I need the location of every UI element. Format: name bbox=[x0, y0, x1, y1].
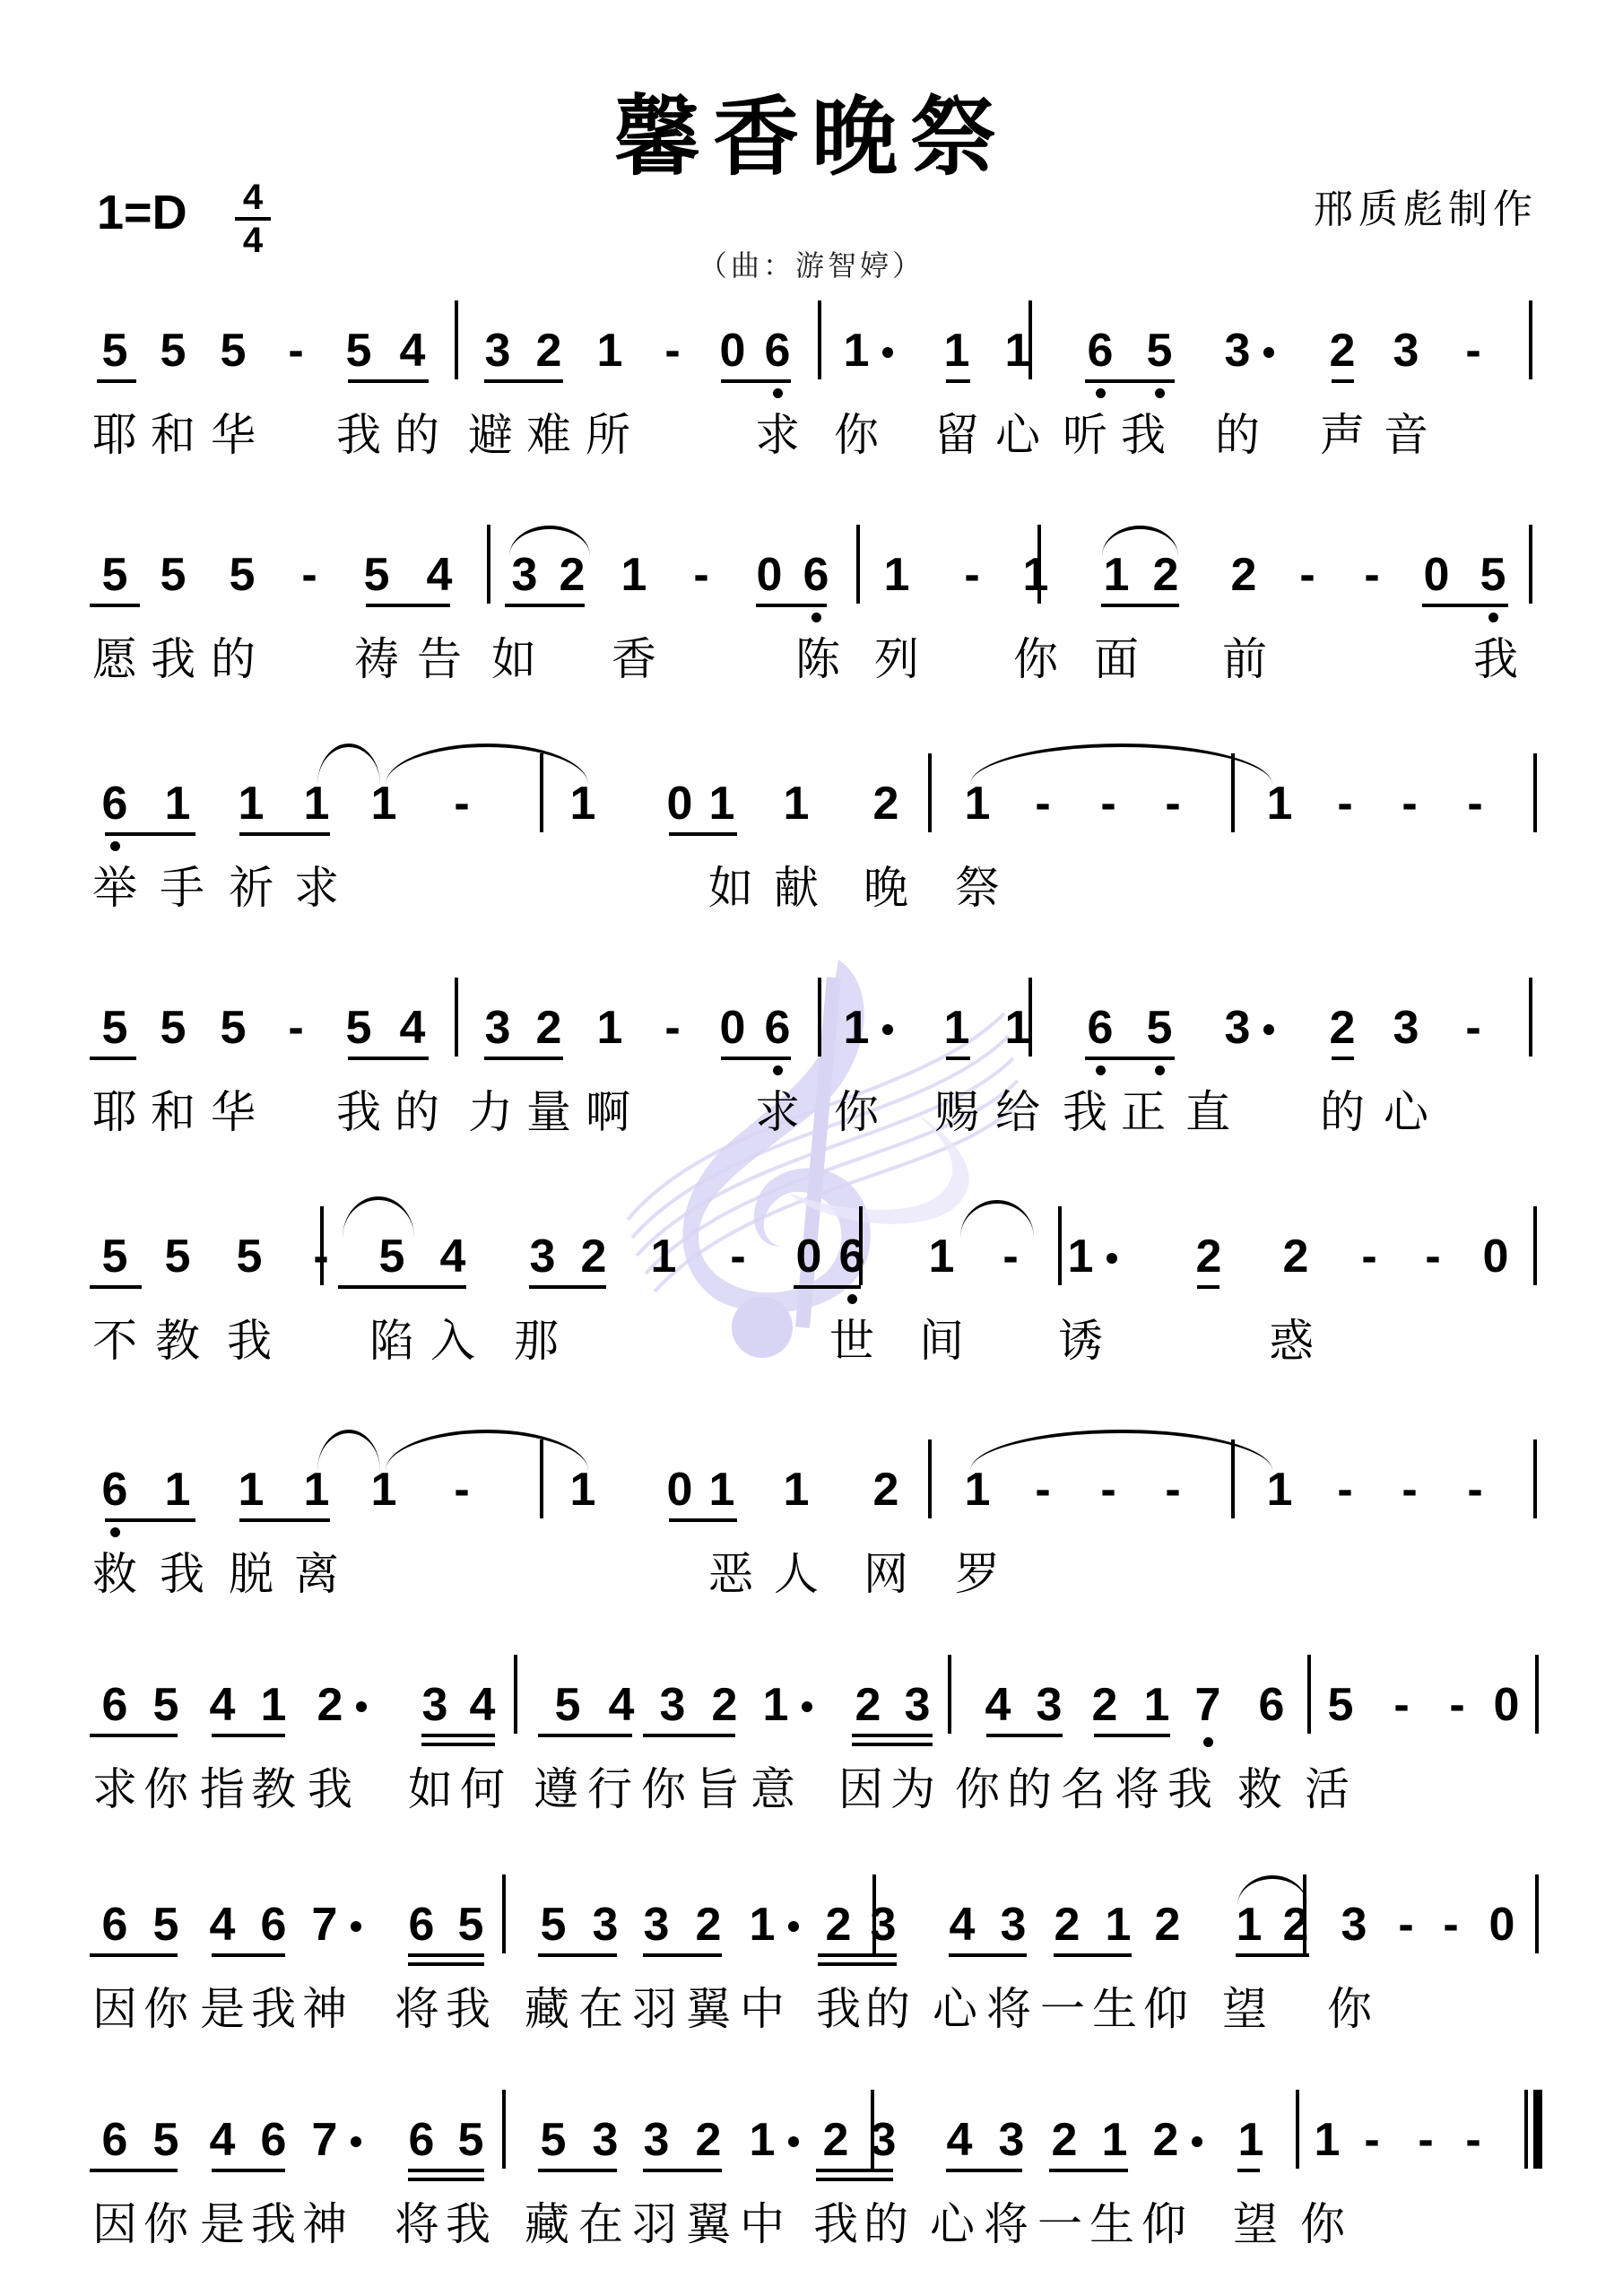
lyric-syllable: 音 bbox=[1384, 413, 1428, 457]
beam-underline bbox=[1101, 604, 1179, 607]
lyric-syllable: 你 bbox=[143, 1987, 188, 2031]
barline bbox=[502, 1874, 506, 1953]
dash-extension: - bbox=[1090, 1466, 1126, 1513]
lyric-syllable: 羽 bbox=[632, 2202, 677, 2247]
beam-underline bbox=[212, 2169, 285, 2172]
lyric-syllable: 藏 bbox=[525, 1987, 569, 2031]
beam-underline bbox=[852, 1734, 933, 1737]
note: 1 bbox=[565, 780, 601, 827]
lyric-syllable: 啊 bbox=[586, 1090, 630, 1135]
beam-underline bbox=[818, 1953, 897, 1957]
barline bbox=[1535, 1655, 1539, 1734]
note: 5 bbox=[160, 1233, 195, 1280]
lyric-syllable: 何 bbox=[460, 1767, 505, 1812]
song-title: 馨香晚祭 bbox=[0, 94, 1623, 180]
dash-extension: - bbox=[1455, 1004, 1491, 1051]
note: 5 bbox=[148, 1682, 184, 1728]
note: 5 bbox=[1141, 327, 1177, 374]
note: 4 bbox=[942, 2117, 977, 2163]
note: 0 bbox=[662, 780, 698, 827]
dash-extension: - bbox=[444, 780, 480, 827]
barline bbox=[1535, 1874, 1539, 1953]
note: 0 bbox=[1484, 1901, 1520, 1948]
dash-extension: - bbox=[1433, 1901, 1469, 1948]
beam-underline bbox=[1422, 604, 1508, 607]
note: 5 bbox=[97, 552, 133, 598]
dash-extension: - bbox=[954, 552, 990, 598]
lyric-syllable: 网 bbox=[864, 1552, 908, 1596]
note: 1 bbox=[704, 780, 740, 827]
note: 2 bbox=[531, 1004, 567, 1051]
composer-credit: （曲：游智婷） bbox=[0, 251, 1623, 280]
note: 5 bbox=[155, 327, 191, 374]
lyric-syllable: 将 bbox=[395, 2202, 439, 2247]
barline bbox=[455, 978, 458, 1057]
lyric-syllable: 将 bbox=[395, 1987, 439, 2031]
note: 1 bbox=[233, 1466, 269, 1513]
lyric-syllable: 求 bbox=[92, 1767, 137, 1812]
note: 5 bbox=[341, 327, 377, 374]
note: 5 bbox=[1323, 1682, 1358, 1728]
barline bbox=[1303, 1874, 1306, 1953]
barline bbox=[1533, 1206, 1537, 1285]
lyric-syllable: 在 bbox=[578, 1987, 623, 2031]
dash-extension: - bbox=[655, 327, 690, 374]
note: 1 bbox=[233, 780, 269, 827]
lyric-syllable: 诱 bbox=[1058, 1318, 1103, 1363]
lyric-syllable: 的 bbox=[395, 413, 439, 457]
beam-underline bbox=[1332, 1057, 1354, 1060]
lyric-syllable: 如 bbox=[491, 637, 536, 682]
lyric-syllable: 直 bbox=[1185, 1090, 1230, 1135]
low-octave-dot bbox=[1155, 388, 1165, 398]
dash-extension: - bbox=[1455, 2117, 1491, 2163]
beam-underline bbox=[484, 1057, 563, 1060]
dash-extension: - bbox=[1354, 552, 1390, 598]
beam-underline bbox=[949, 1953, 1027, 1957]
slur-tie bbox=[317, 1430, 380, 1471]
lyric-syllable: 力 bbox=[468, 1090, 513, 1135]
note: 0 bbox=[662, 1466, 698, 1513]
note: 1 bbox=[1233, 2117, 1269, 2163]
beam-underline bbox=[1094, 1734, 1170, 1737]
final-barline-thin bbox=[1524, 2090, 1528, 2169]
final-barline-thick bbox=[1533, 2090, 1542, 2169]
beam-underline bbox=[408, 1953, 484, 1957]
beam-underline bbox=[90, 2169, 178, 2172]
lyric-syllable: 所 bbox=[586, 413, 630, 457]
note: 0 bbox=[1488, 1682, 1524, 1728]
note: 3 bbox=[1388, 327, 1424, 374]
beam-underline-double bbox=[816, 2178, 893, 2181]
lyric-syllable: 求 bbox=[755, 1090, 800, 1135]
lyric-syllable: 离 bbox=[294, 1552, 339, 1596]
lyric-syllable: 陷 bbox=[369, 1318, 414, 1363]
beam-underline bbox=[946, 2169, 1022, 2172]
lyric-syllable: 指 bbox=[200, 1767, 245, 1812]
note: 1 bbox=[366, 780, 402, 827]
note: 5 bbox=[155, 1004, 191, 1051]
note: 1 bbox=[565, 1466, 601, 1513]
note: 1 bbox=[939, 327, 975, 374]
note: 2 bbox=[1046, 2117, 1082, 2163]
note: 1 bbox=[744, 1901, 780, 1948]
note: 3 bbox=[417, 1682, 453, 1728]
dash-extension: - bbox=[1354, 2117, 1390, 2163]
note: 5 bbox=[215, 1004, 251, 1051]
note: 6 bbox=[1082, 1004, 1118, 1051]
note: 5 bbox=[215, 327, 251, 374]
lyric-syllable: 我 bbox=[336, 1090, 381, 1135]
beam-underline bbox=[538, 1953, 617, 1957]
note: 3 bbox=[899, 1682, 935, 1728]
lyric-syllable: 和 bbox=[151, 413, 195, 457]
low-octave-dot bbox=[1488, 613, 1498, 622]
note: 4 bbox=[204, 1901, 240, 1948]
barline bbox=[872, 1874, 876, 1953]
note: 1 bbox=[1100, 1901, 1136, 1948]
note: 4 bbox=[435, 1233, 471, 1280]
note: 5 bbox=[97, 1004, 133, 1051]
dash-extension: - bbox=[1457, 1466, 1493, 1513]
lyric-syllable: 我 bbox=[1473, 637, 1518, 682]
note: 1 bbox=[299, 1466, 334, 1513]
dash-extension: - bbox=[1457, 780, 1493, 827]
lyric-syllable: 将 bbox=[1115, 1767, 1159, 1812]
lyric-syllable: 手 bbox=[160, 865, 204, 910]
lyric-syllable: 救 bbox=[1237, 1767, 1282, 1812]
barline bbox=[1529, 300, 1532, 379]
note: 6 bbox=[404, 1901, 439, 1948]
lyric-syllable: 前 bbox=[1222, 637, 1267, 682]
note: 1 bbox=[592, 327, 628, 374]
note: 2 bbox=[868, 780, 904, 827]
beam-underline bbox=[669, 1518, 737, 1522]
lyric-syllable: 量 bbox=[526, 1090, 571, 1135]
lyric-syllable: 望 bbox=[1222, 1987, 1267, 2031]
lyric-syllable: 心 bbox=[933, 1987, 977, 2031]
note: 3 bbox=[1031, 1682, 1067, 1728]
lyric-syllable: 意 bbox=[751, 1767, 795, 1812]
beam-underline bbox=[348, 1057, 429, 1060]
barline bbox=[1533, 753, 1537, 832]
note: 5 bbox=[453, 2117, 489, 2163]
lyric-syllable: 告 bbox=[417, 637, 462, 682]
beam-underline bbox=[1049, 2169, 1128, 2172]
beam-underline bbox=[90, 1285, 142, 1289]
note: 7 bbox=[307, 2117, 343, 2163]
note: 5 bbox=[155, 552, 191, 598]
note: 2 bbox=[1324, 1004, 1360, 1051]
lyric-syllable: 香 bbox=[612, 637, 656, 682]
lyric-syllable: 如 bbox=[708, 865, 753, 910]
note: 2 bbox=[1191, 1233, 1227, 1280]
lyric-syllable: 你 bbox=[641, 1767, 686, 1812]
lyric-syllable: 救 bbox=[92, 1552, 137, 1596]
lyric-syllable: 耶 bbox=[92, 1090, 137, 1135]
beam-underline bbox=[484, 379, 563, 383]
lyric-syllable: 心 bbox=[1384, 1090, 1428, 1135]
note: 3 bbox=[1388, 1004, 1424, 1051]
note: 0 bbox=[751, 552, 787, 598]
lyric-syllable: 你 bbox=[143, 2202, 188, 2247]
lyric-syllable: 如 bbox=[408, 1767, 453, 1812]
note: 2 bbox=[820, 1901, 856, 1948]
key-signature: 1=D bbox=[97, 188, 187, 237]
note: 2 bbox=[818, 2117, 854, 2163]
note: 4 bbox=[395, 327, 430, 374]
lyric-syllable: 你 bbox=[834, 1090, 879, 1135]
beam-underline bbox=[212, 1953, 285, 1957]
note: 5 bbox=[374, 1233, 410, 1280]
dash-extension: - bbox=[1439, 1682, 1475, 1728]
lyric-syllable: 的 bbox=[1007, 1767, 1052, 1812]
note: 2 bbox=[707, 1682, 742, 1728]
note: 4 bbox=[464, 1682, 500, 1728]
slur-tie bbox=[970, 1430, 1272, 1471]
lyric-syllable: 教 bbox=[155, 1318, 200, 1363]
beam-underline bbox=[366, 604, 450, 607]
lyric-syllable: 人 bbox=[774, 1552, 819, 1596]
note: 3 bbox=[655, 1682, 690, 1728]
time-signature: 4 4 bbox=[235, 179, 271, 258]
lyric-syllable: 祈 bbox=[229, 865, 273, 910]
slur-tie bbox=[317, 744, 380, 785]
lyric-syllable: 面 bbox=[1094, 637, 1139, 682]
low-octave-dot bbox=[1155, 1065, 1165, 1075]
lyric-syllable: 给 bbox=[995, 1090, 1040, 1135]
note: 3 bbox=[507, 552, 542, 598]
note: 0 bbox=[715, 327, 751, 374]
lyric-syllable: 活 bbox=[1305, 1767, 1350, 1812]
barline bbox=[948, 1655, 951, 1734]
lyric-syllable: 你 bbox=[834, 413, 879, 457]
lyric-syllable: 我 bbox=[446, 2202, 490, 2247]
note: 3 bbox=[865, 1901, 901, 1948]
lyric-syllable: 献 bbox=[774, 865, 819, 910]
lyric-syllable: 翼 bbox=[686, 2202, 731, 2247]
note: 4 bbox=[204, 2117, 240, 2163]
note: 5 bbox=[453, 1901, 489, 1948]
beam-underline bbox=[408, 2169, 484, 2172]
note: 3 bbox=[995, 1901, 1031, 1948]
note: 3 bbox=[638, 2117, 674, 2163]
beam-underline bbox=[529, 1285, 606, 1289]
augmentation-dot bbox=[356, 1701, 367, 1712]
note: 4 bbox=[980, 1682, 1016, 1728]
note: 1 bbox=[646, 1233, 681, 1280]
note: 5 bbox=[1475, 552, 1511, 598]
barline bbox=[1037, 525, 1041, 604]
lyric-syllable: 我 bbox=[813, 2202, 858, 2247]
slur-tie bbox=[970, 744, 1272, 785]
beam-underline bbox=[212, 1734, 285, 1737]
note: 7 bbox=[1190, 1682, 1226, 1728]
lyric-syllable: 生 bbox=[1092, 1987, 1137, 2031]
note: 6 bbox=[759, 1004, 795, 1051]
lyric-syllable: 陈 bbox=[795, 637, 840, 682]
note: 6 bbox=[1082, 327, 1118, 374]
lyric-syllable: 祷 bbox=[354, 637, 399, 682]
note: 5 bbox=[1141, 1004, 1177, 1051]
note: 2 bbox=[1148, 552, 1184, 598]
arranger-credit: 邢质彪制作 bbox=[1314, 190, 1538, 230]
note: 1 bbox=[778, 780, 814, 827]
lyric-syllable: 望 bbox=[1233, 2202, 1278, 2247]
note: 3 bbox=[1219, 327, 1255, 374]
barline bbox=[928, 1439, 932, 1518]
lyric-syllable: 羽 bbox=[632, 1987, 677, 2031]
barline bbox=[928, 753, 932, 832]
beam-underline bbox=[1236, 1953, 1309, 1957]
dash-extension: - bbox=[278, 1004, 314, 1051]
note: 2 bbox=[1278, 1901, 1314, 1948]
note: 1 bbox=[160, 780, 195, 827]
note: 2 bbox=[690, 2117, 726, 2163]
barline bbox=[1028, 978, 1032, 1057]
beam-underline-double bbox=[818, 1962, 897, 1966]
beam-underline bbox=[756, 604, 827, 607]
beam-underline bbox=[643, 1734, 735, 1737]
augmentation-dot bbox=[351, 1921, 361, 1932]
augmentation-dot bbox=[802, 1701, 812, 1712]
beam-underline bbox=[239, 832, 330, 836]
note: 5 bbox=[148, 1901, 184, 1948]
lyric-syllable: 华 bbox=[211, 1090, 256, 1135]
lyric-syllable: 我 bbox=[336, 413, 381, 457]
note: 1 bbox=[366, 1466, 402, 1513]
augmentation-dot bbox=[882, 1024, 893, 1035]
note: 2 bbox=[1150, 1901, 1185, 1948]
note: 1 bbox=[838, 327, 874, 374]
lyric-syllable: 行 bbox=[587, 1767, 632, 1812]
note: 3 bbox=[994, 2117, 1029, 2163]
low-octave-dot bbox=[773, 1065, 783, 1075]
note: 4 bbox=[395, 1004, 430, 1051]
lyric-syllable: 愿 bbox=[92, 637, 137, 682]
beam-underline bbox=[986, 1734, 1063, 1737]
lyric-syllable: 遵 bbox=[534, 1767, 578, 1812]
note: 6 bbox=[97, 1682, 133, 1728]
lyric-syllable: 是 bbox=[200, 2202, 245, 2247]
note: 5 bbox=[148, 2117, 184, 2163]
lyric-syllable: 心 bbox=[930, 2202, 975, 2247]
lyric-syllable: 神 bbox=[302, 2202, 347, 2247]
note: 3 bbox=[1219, 1004, 1255, 1051]
note: 1 bbox=[744, 2117, 780, 2163]
beam-underline-double bbox=[852, 1743, 933, 1746]
dash-extension: - bbox=[1388, 1901, 1424, 1948]
note: 1 bbox=[256, 1682, 291, 1728]
lyric-syllable: 我 bbox=[816, 1987, 861, 2031]
lyric-syllable: 为 bbox=[890, 1767, 935, 1812]
lyric-syllable: 华 bbox=[211, 413, 256, 457]
note: 3 bbox=[587, 1901, 623, 1948]
lyric-syllable: 正 bbox=[1121, 1090, 1166, 1135]
note: 5 bbox=[97, 1233, 133, 1280]
lyric-syllable: 名 bbox=[1061, 1767, 1106, 1812]
lyric-syllable: 世 bbox=[829, 1318, 874, 1363]
note: 1 bbox=[778, 1466, 814, 1513]
note: 5 bbox=[550, 1682, 586, 1728]
barline bbox=[859, 1206, 863, 1285]
lyric-syllable: 求 bbox=[294, 865, 339, 910]
note: 1 bbox=[1262, 1466, 1298, 1513]
lyric-syllable: 恶 bbox=[708, 1552, 753, 1596]
note: 2 bbox=[554, 552, 590, 598]
lyric-syllable: 不 bbox=[92, 1318, 137, 1363]
lyric-syllable: 赐 bbox=[934, 1090, 979, 1135]
lyric-syllable: 藏 bbox=[525, 2202, 569, 2247]
barline bbox=[1307, 1655, 1311, 1734]
lyric-syllable: 晚 bbox=[864, 865, 908, 910]
beam-underline bbox=[338, 1285, 466, 1289]
lyric-syllable: 罗 bbox=[955, 1552, 1000, 1596]
lyric-syllable: 一 bbox=[1040, 1987, 1085, 2031]
note: 2 bbox=[1278, 1233, 1314, 1280]
lyric-syllable: 我 bbox=[1121, 413, 1166, 457]
augmentation-dot bbox=[1107, 1253, 1117, 1264]
lyric-syllable: 间 bbox=[919, 1318, 964, 1363]
lyric-syllable: 旨 bbox=[695, 1767, 740, 1812]
dash-extension: - bbox=[1155, 780, 1191, 827]
lyric-syllable: 的 bbox=[1320, 1090, 1365, 1135]
barline bbox=[514, 1655, 517, 1734]
lyric-syllable: 的 bbox=[395, 1090, 439, 1135]
dash-extension: - bbox=[1351, 1233, 1387, 1280]
augmentation-dot bbox=[1263, 347, 1274, 358]
lyric-syllable: 听 bbox=[1063, 413, 1107, 457]
note: 1 bbox=[924, 1233, 959, 1280]
note: 2 bbox=[690, 1901, 726, 1948]
barline bbox=[487, 525, 490, 604]
lyric-syllable: 一 bbox=[1037, 2202, 1082, 2247]
note: 6 bbox=[97, 1901, 133, 1948]
beam-underline bbox=[105, 832, 195, 836]
lyric-syllable: 声 bbox=[1320, 413, 1365, 457]
note: 2 bbox=[1148, 2117, 1184, 2163]
dash-extension: - bbox=[655, 1004, 690, 1051]
note: 1 bbox=[1309, 2117, 1345, 2163]
lyric-syllable: 翼 bbox=[686, 1987, 731, 2031]
lyric-syllable: 我 bbox=[151, 637, 195, 682]
note: 6 bbox=[97, 780, 133, 827]
note: 4 bbox=[421, 552, 457, 598]
lyric-syllable: 心 bbox=[995, 413, 1040, 457]
barline bbox=[856, 525, 860, 604]
note: 6 bbox=[97, 2117, 133, 2163]
note: 5 bbox=[535, 2117, 571, 2163]
augmentation-dot bbox=[1192, 2136, 1202, 2147]
dash-extension: - bbox=[1415, 1233, 1451, 1280]
beam-underline bbox=[90, 1734, 178, 1737]
lyric-syllable: 的 bbox=[864, 2202, 908, 2247]
note: 4 bbox=[204, 1682, 240, 1728]
note: 5 bbox=[224, 552, 260, 598]
lyric-syllable: 你 bbox=[143, 1767, 188, 1812]
lyric-syllable: 因 bbox=[838, 1767, 883, 1812]
low-octave-dot bbox=[811, 613, 821, 622]
beam-underline bbox=[721, 1057, 791, 1060]
beam-underline bbox=[505, 604, 585, 607]
dash-extension: - bbox=[1025, 1466, 1061, 1513]
note: 2 bbox=[312, 1682, 348, 1728]
beam-underline bbox=[1237, 2169, 1260, 2172]
beam-underline bbox=[721, 379, 791, 383]
note: 1 bbox=[959, 1466, 995, 1513]
dash-extension: - bbox=[1327, 1466, 1363, 1513]
barline bbox=[1296, 2090, 1299, 2169]
